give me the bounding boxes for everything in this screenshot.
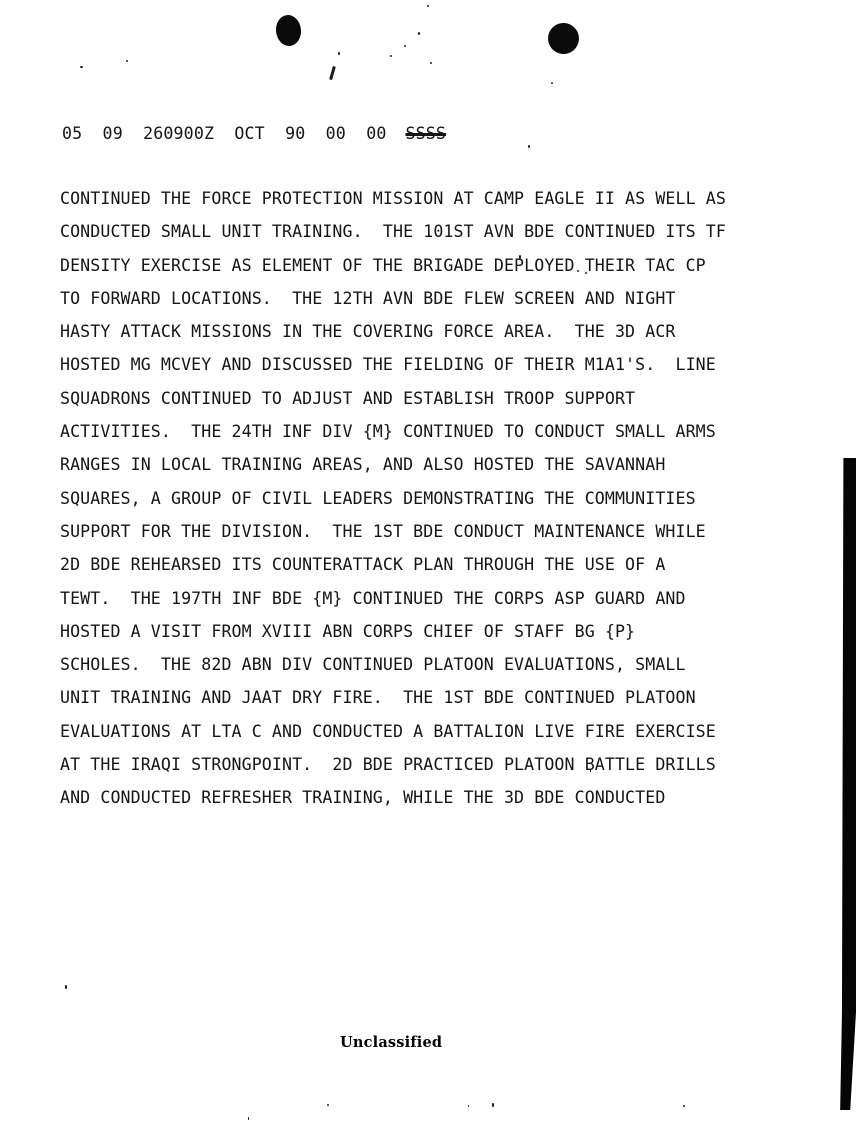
scan-speck [492, 1103, 494, 1107]
text-line: UNIT TRAINING AND JAAT DRY FIRE. THE 1ST… [60, 681, 726, 714]
text-line: HOSTED A VISIT FROM XVIII ABN CORPS CHIE… [60, 615, 726, 648]
text-line: HOSTED MG MCVEY AND DISCUSSED THE FIELDI… [60, 348, 726, 381]
text-line: SQUARES, A GROUP OF CIVIL LEADERS DEMONS… [60, 482, 726, 515]
text-line: SQUADRONS CONTINUED TO ADJUST AND ESTABL… [60, 382, 726, 415]
text-line: CONDUCTED SMALL UNIT TRAINING. THE 101ST… [60, 215, 726, 248]
text-line: 2D BDE REHEARSED ITS COUNTERATTACK PLAN … [60, 548, 726, 581]
hole-punch-mark [547, 22, 580, 55]
scan-speck [248, 1117, 249, 1120]
scan-speck [585, 272, 587, 274]
scan-speck [468, 1105, 469, 1107]
scan-speck [65, 985, 67, 989]
text-line: ACTIVITIES. THE 24TH INF DIV {M} CONTINU… [60, 415, 726, 448]
scan-speck [430, 62, 432, 64]
message-header-line: 05 09 260900Z OCT 90 00 00SSSS [62, 124, 446, 144]
scan-speck [126, 60, 128, 62]
scan-speck [404, 45, 406, 47]
scan-speck [390, 55, 392, 57]
scan-speck [590, 769, 591, 772]
scan-speck [338, 52, 340, 55]
text-line: EVALUATIONS AT LTA C AND CONDUCTED A BAT… [60, 715, 726, 748]
text-line: AT THE IRAQI STRONGPOINT. 2D BDE PRACTIC… [60, 748, 726, 781]
scan-speck [519, 255, 521, 259]
scan-speck [327, 1104, 329, 1106]
classification-footer: Unclassified [340, 1034, 442, 1051]
text-line: TEWT. THE 197TH INF BDE {M} CONTINUED TH… [60, 582, 726, 615]
pen-slash-mark [329, 66, 335, 80]
text-line: HASTY ATTACK MISSIONS IN THE COVERING FO… [60, 315, 726, 348]
text-line: SUPPORT FOR THE DIVISION. THE 1ST BDE CO… [60, 515, 726, 548]
struck-classification-code: SSSS [406, 124, 447, 143]
document-body-text: CONTINUED THE FORCE PROTECTION MISSION A… [60, 182, 726, 815]
text-line: DENSITY EXERCISE AS ELEMENT OF THE BRIGA… [60, 249, 726, 282]
scan-speck [80, 66, 83, 68]
text-line: AND CONDUCTED REFRESHER TRAINING, WHILE … [60, 781, 726, 814]
scan-edge-artifact [838, 458, 856, 1110]
text-line: TO FORWARD LOCATIONS. THE 12TH AVN BDE F… [60, 282, 726, 315]
scan-speck [427, 5, 429, 7]
scan-speck [551, 82, 553, 84]
scanned-document-page: 05 09 260900Z OCT 90 00 00SSSS CONTINUED… [0, 0, 856, 1128]
hole-punch-mark [274, 14, 302, 47]
text-line: RANGES IN LOCAL TRAINING AREAS, AND ALSO… [60, 448, 726, 481]
scan-speck [418, 32, 420, 35]
scan-speck [528, 145, 530, 148]
text-line: CONTINUED THE FORCE PROTECTION MISSION A… [60, 182, 726, 215]
text-line: SCHOLES. THE 82D ABN DIV CONTINUED PLATO… [60, 648, 726, 681]
scan-speck [683, 1105, 685, 1107]
header-datetime-group: 05 09 260900Z OCT 90 00 00 [62, 124, 387, 143]
scan-speck [577, 270, 579, 272]
